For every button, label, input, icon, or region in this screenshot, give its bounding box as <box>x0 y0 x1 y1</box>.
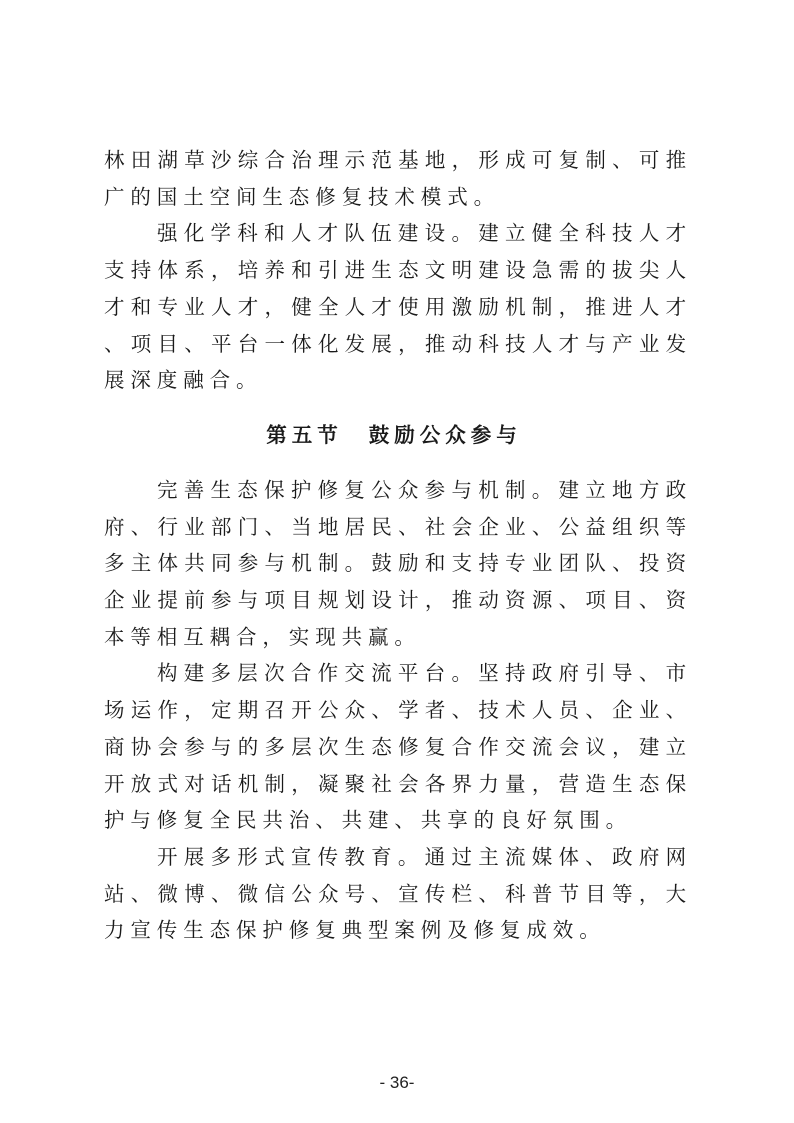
paragraph-publicity-education: 开展多形式宣传教育。通过主流媒体、政府网站、微博、微信公众号、宣传栏、科普节目等… <box>104 839 692 949</box>
section-number: 第五节 <box>266 423 343 447</box>
section-title: 鼓励公众参与 <box>369 423 522 447</box>
paragraph-talent-team-building: 强化学科和人才队伍建设。建立健全科技人才支持体系，培养和引进生态文明建设急需的拔… <box>104 215 692 399</box>
page-number: - 36- <box>0 1073 794 1093</box>
paragraph-public-participation-mechanism: 完善生态保护修复公众参与机制。建立地方政府、行业部门、当地居民、社会企业、公益组… <box>104 472 692 656</box>
section-heading: 第五节鼓励公众参与 <box>104 399 692 472</box>
paragraph-continuation: 林田湖草沙综合治理示范基地，形成可复制、可推广的国土空间生态修复技术模式。 <box>104 142 692 215</box>
paragraph-cooperation-platform: 构建多层次合作交流平台。坚持政府引导、市场运作，定期召开公众、学者、技术人员、企… <box>104 655 692 839</box>
document-page-body: 林田湖草沙综合治理示范基地，形成可复制、可推广的国土空间生态修复技术模式。 强化… <box>104 142 692 949</box>
